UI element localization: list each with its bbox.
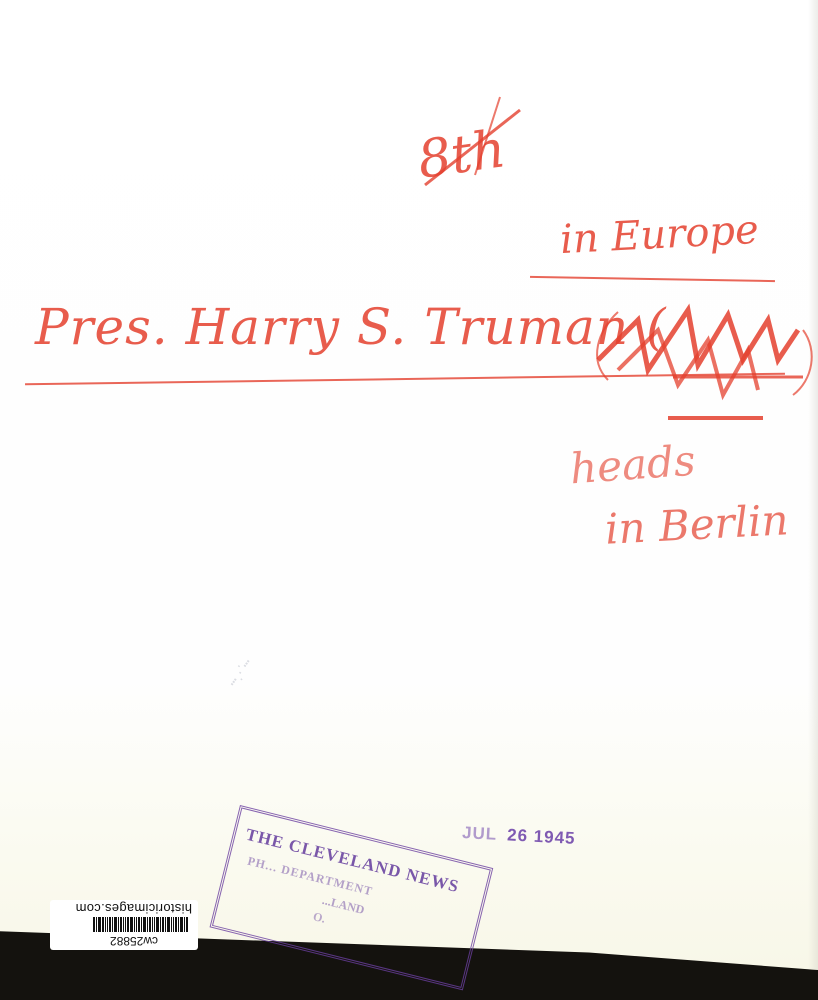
photo-back-paper — [0, 0, 818, 970]
crossed-out-scribble-icon — [578, 300, 818, 425]
handwritten-heads: heads — [568, 436, 697, 494]
label-code: cw25882 — [110, 934, 158, 948]
barcode-label: cw25882 historicimages.com — [50, 900, 198, 950]
date-stamp-month: JUL — [462, 823, 498, 844]
stamp-line-4: O. — [311, 909, 327, 927]
handwritten-caption: Pres. Harry S. Truman ( — [35, 298, 666, 356]
date-stamp-date: 26 1945 — [507, 825, 576, 848]
barcode-icon — [63, 917, 188, 932]
8th-strike-icon — [415, 95, 525, 205]
handwritten-in-berlin: in Berlin — [604, 495, 790, 554]
paper-edge — [808, 0, 818, 970]
label-site: historicimages.com — [75, 901, 192, 916]
